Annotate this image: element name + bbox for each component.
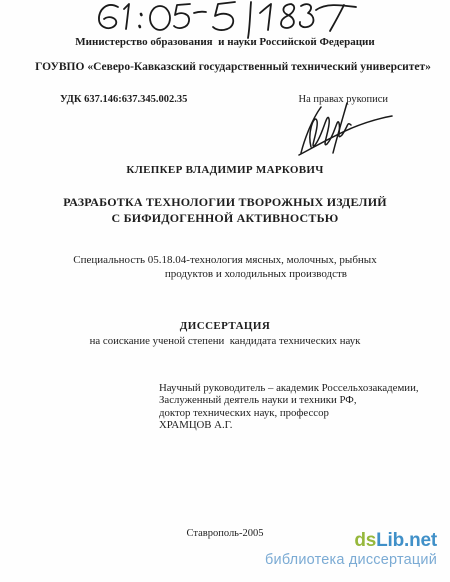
specialty-line1: Специальность 05.18.04-технология мясных… [0,254,450,266]
dissertation-title: РАЗРАБОТКА ТЕХНОЛОГИИ ТВОРОЖНЫХ ИЗДЕЛИЙ … [0,194,450,226]
author-name: КЛЕПКЕР ВЛАДИМИР МАРКОВИЧ [0,164,450,176]
dslib-watermark[interactable]: dsLib.net библиотека диссертаций [265,531,437,568]
dissertation-title-line2: С БИФИДОГЕННОЙ АКТИВНОСТЬЮ [0,210,450,226]
supervisor-line: ХРАМЦОВ А.Г. [159,419,419,431]
dslib-subtitle: библиотека диссертаций [265,553,437,568]
handwritten-accession-number-icon [92,0,360,40]
dissertation-title-page: Министерство образования и науки Российс… [0,0,450,582]
signature-icon [291,97,397,159]
dslib-logo[interactable]: dsLib.net [265,531,437,550]
ministry-line: Министерство образования и науки Российс… [0,36,450,48]
dslib-logo-libnet: Lib.net [376,530,437,551]
udk-number: УДК 637.146:637.345.002.35 [60,94,187,105]
supervisor-line: Научный руководитель – академик Россельх… [159,382,419,394]
supervisor-block: Научный руководитель – академик Россельх… [159,382,419,432]
supervisor-line: Заслуженный деятель науки и техники РФ, [159,394,419,406]
dissertation-subtitle: на соискание ученой степени кандидата те… [0,335,450,347]
dissertation-heading: ДИССЕРТАЦИЯ [0,320,450,332]
specialty-line2: продуктов и холодильных производств [0,268,347,280]
dslib-logo-ds: ds [354,530,376,551]
supervisor-line: доктор технических наук, профессор [159,407,419,419]
university-line: ГОУВПО «Северо-Кавказский государственны… [14,61,450,73]
dissertation-title-line1: РАЗРАБОТКА ТЕХНОЛОГИИ ТВОРОЖНЫХ ИЗДЕЛИЙ [0,194,450,210]
